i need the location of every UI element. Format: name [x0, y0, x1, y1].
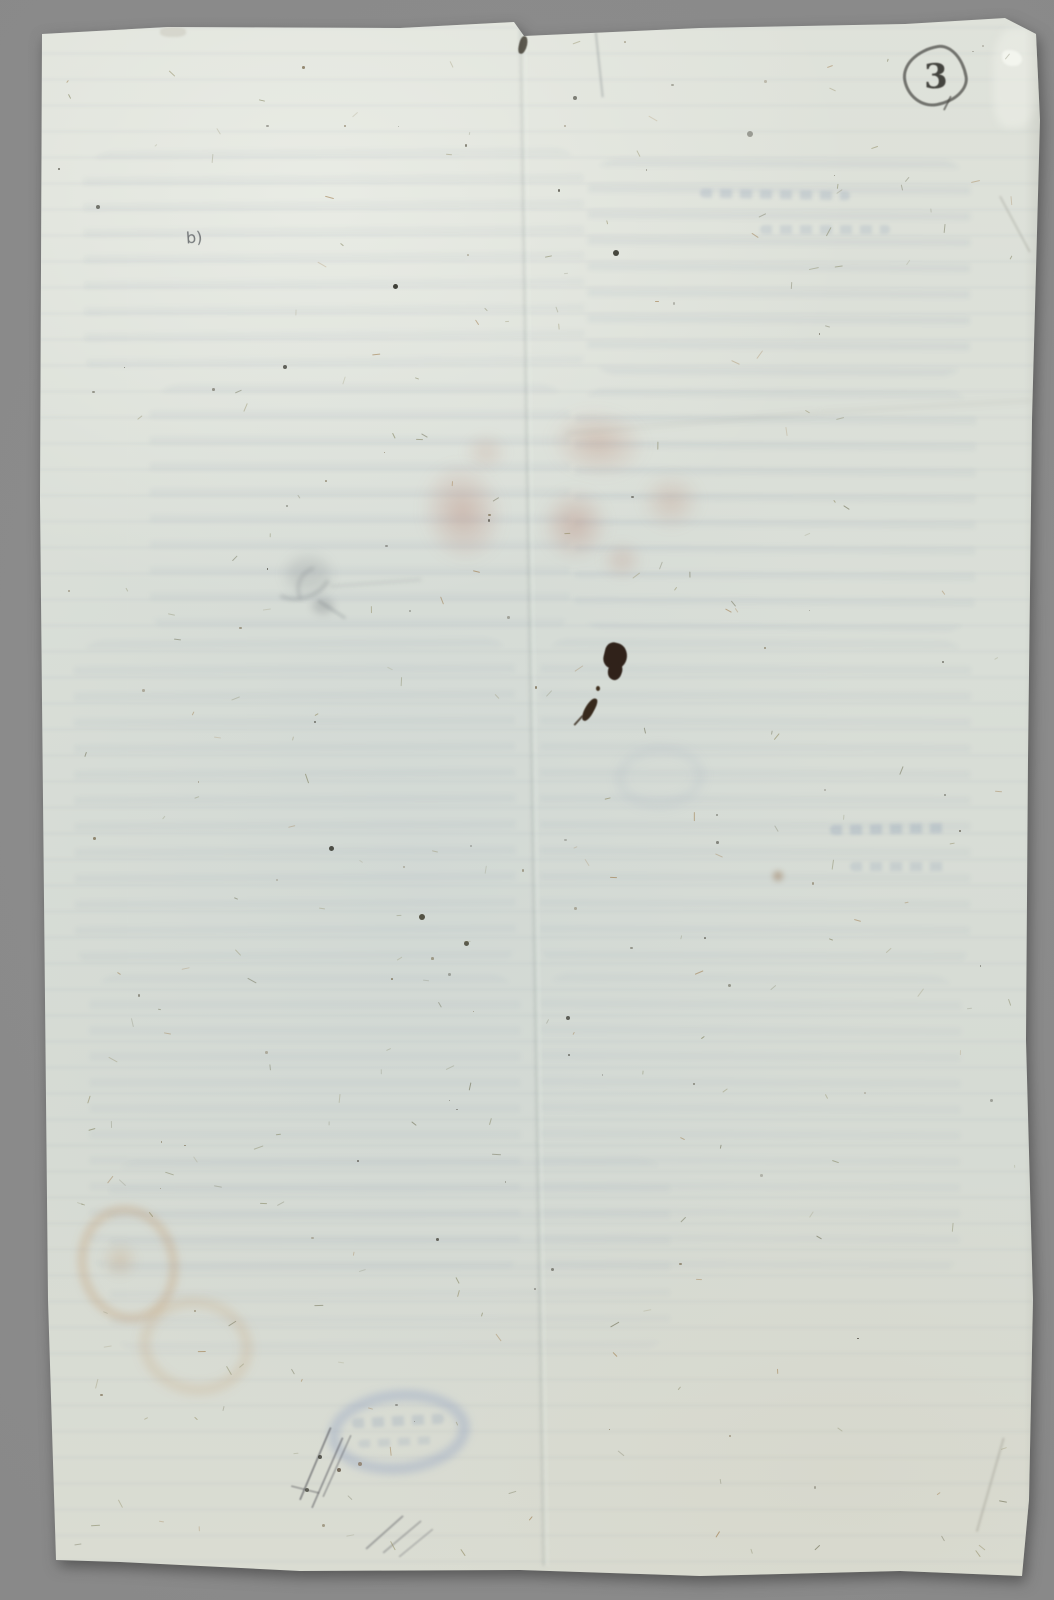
paper-fiber	[84, 752, 87, 757]
paper-fiber	[655, 301, 659, 302]
paper-fiber	[508, 1491, 516, 1494]
paper-fiber	[751, 1549, 754, 1554]
paper-grain-dot	[431, 957, 434, 960]
paper-grain-dot	[624, 41, 626, 43]
paper-fiber	[432, 850, 439, 852]
paper-fiber	[88, 1128, 95, 1131]
paper-fiber	[103, 1311, 108, 1314]
paper-grain-dot	[505, 1181, 506, 1182]
paper-grain-dot	[398, 126, 399, 127]
horizontal-crease	[565, 411, 820, 435]
paper-fiber	[440, 597, 444, 605]
paper-grain-dot	[824, 789, 826, 791]
paper-fiber	[722, 1088, 728, 1092]
paper-fiber	[74, 1544, 82, 1546]
paper-fiber	[446, 153, 452, 155]
paper-fiber	[791, 282, 792, 289]
paper-grain-dot	[194, 1310, 196, 1312]
paper-fiber	[715, 1531, 720, 1538]
paper-fiber	[481, 1312, 483, 1316]
red-stain	[410, 452, 515, 572]
paper-fiber	[837, 184, 839, 189]
bleed-band	[539, 639, 970, 970]
red-stain	[545, 403, 652, 483]
paper-grain-dot	[124, 367, 125, 368]
paper-fiber	[473, 571, 480, 573]
ink-blot	[601, 641, 630, 672]
paper-fiber	[96, 1379, 99, 1389]
paper-fiber	[359, 1269, 366, 1272]
edge-crease	[999, 196, 1030, 253]
paper-fiber	[485, 308, 488, 312]
paper-fiber	[605, 797, 611, 799]
paper-grain-dot	[473, 1011, 474, 1012]
pencil-scribble	[398, 1528, 433, 1558]
paper-fiber	[234, 897, 238, 900]
paper-fiber	[338, 1094, 340, 1103]
paper-fiber	[642, 1310, 650, 1313]
paper-grain-dot	[982, 45, 984, 47]
speck-dot	[747, 131, 753, 137]
paper-fiber	[111, 1122, 112, 1129]
paper-fiber	[680, 1137, 685, 1140]
paper-fiber	[77, 1202, 83, 1205]
paper-fiber	[231, 555, 237, 561]
paper-fiber	[496, 1334, 502, 1342]
paper-fiber	[674, 587, 677, 590]
paper-fiber	[564, 533, 570, 534]
paper-fiber	[91, 1524, 100, 1525]
speck-dot	[393, 284, 398, 289]
paper-grain-dot	[716, 814, 718, 816]
paper-grain-dot	[488, 519, 490, 521]
paper-grain-dot	[679, 1263, 681, 1265]
paper-fiber	[117, 971, 121, 974]
paper-fiber	[680, 935, 682, 939]
paper-fiber	[844, 505, 850, 510]
pencil-scribble	[365, 1515, 403, 1550]
paper-fiber	[372, 354, 380, 356]
paper-grain-dot	[344, 125, 346, 127]
paper-fiber	[633, 572, 641, 578]
paper-fiber	[771, 985, 777, 990]
paper-fiber	[937, 1492, 940, 1495]
red-stain	[600, 540, 644, 580]
speck-dot	[613, 250, 619, 256]
bleed-text-fragment	[830, 823, 950, 835]
paper-grain-dot	[980, 965, 981, 966]
paper-fiber	[154, 144, 157, 147]
paper-fiber	[494, 694, 499, 699]
paper-fiber	[960, 1050, 961, 1055]
paper-grain-dot	[138, 994, 140, 996]
paper-grain-dot	[58, 168, 60, 170]
paper-fiber	[214, 1185, 222, 1188]
paper-fiber	[165, 1172, 173, 1176]
ink-tail	[573, 715, 583, 726]
paper-fiber	[731, 601, 736, 607]
dog-ear-highlight	[993, 28, 1041, 128]
paper-fiber	[678, 1387, 682, 1391]
paper-grain-dot	[814, 1486, 816, 1488]
paper-fiber	[235, 390, 242, 394]
paper-grain-dot	[809, 610, 810, 611]
paper-fiber	[804, 533, 810, 536]
paper-fiber	[546, 1019, 549, 1024]
paper-fiber	[449, 61, 453, 68]
paper-fiber	[701, 1036, 705, 1039]
paper-fiber	[216, 128, 221, 135]
paper-grain-dot	[729, 1435, 731, 1437]
paper-fiber	[854, 919, 861, 922]
paper-fiber	[941, 1536, 945, 1542]
paper-fiber	[837, 189, 843, 194]
paper-grain-dot	[834, 175, 835, 176]
paper-fiber	[144, 1417, 148, 1420]
paper-fiber	[492, 497, 499, 502]
bleed-band	[539, 974, 961, 1276]
paper-fiber	[342, 376, 345, 384]
paper-fiber	[228, 1320, 236, 1326]
paper-grain-dot	[646, 169, 648, 171]
speck-dot	[283, 365, 287, 369]
pencil-scribble	[311, 1437, 344, 1509]
paper-fiber	[1008, 999, 1011, 1006]
paper-grain-dot	[391, 978, 393, 980]
paper-fiber	[222, 1406, 224, 1411]
paper-grain-dot	[100, 1394, 102, 1396]
paper-fiber	[694, 812, 695, 821]
paper-fiber	[826, 227, 831, 236]
orange-stamp-blot	[100, 1240, 140, 1280]
paper-grain-dot	[265, 1051, 268, 1054]
paper-fiber	[400, 677, 401, 686]
page-number: 3	[924, 57, 948, 97]
paper-fiber	[457, 1290, 460, 1297]
paper-fiber	[489, 1118, 492, 1125]
paper-grain-dot	[959, 830, 961, 832]
bleed-band	[110, 1159, 671, 1351]
paper-fiber	[270, 533, 271, 537]
paper-grain-dot	[812, 882, 814, 884]
pencil-flourish-arc	[288, 556, 366, 629]
paper-fiber	[976, 1550, 981, 1557]
paper-grain-dot	[972, 51, 973, 52]
paper-fiber	[81, 1203, 85, 1205]
paper-fiber	[971, 180, 980, 183]
fold-crease-highlight	[523, 28, 548, 1566]
pencil-flourish-arc	[254, 528, 342, 609]
paper-fiber	[558, 324, 560, 330]
paper-fiber	[725, 608, 731, 612]
paper-fiber	[319, 907, 325, 909]
paper-grain-dot	[630, 947, 633, 950]
speck-dot	[96, 205, 100, 209]
paper-fiber	[829, 939, 833, 941]
paper-fiber	[734, 608, 738, 613]
paper-grain-dot	[414, 1421, 416, 1423]
paper-fiber	[131, 1019, 134, 1028]
paper-grain-dot	[286, 505, 287, 506]
paper-fiber	[119, 1180, 126, 1187]
foxing-spot	[770, 868, 786, 884]
paper-fiber	[87, 1096, 90, 1104]
paper-fiber	[240, 1363, 245, 1367]
paper-grain-dot	[693, 1083, 694, 1084]
paper-fiber	[546, 690, 552, 697]
paper-fiber	[359, 860, 363, 863]
paper-fiber	[843, 814, 844, 820]
paper-fiber	[305, 774, 309, 784]
bleed-text-fragment	[352, 1414, 444, 1429]
paper-fiber	[422, 980, 428, 982]
paper-grain-dot	[385, 545, 387, 547]
paper-fiber	[585, 859, 590, 866]
red-stain	[640, 472, 702, 530]
paper-grain-dot	[819, 333, 821, 335]
paper-fiber	[158, 1008, 162, 1010]
paper-fiber	[917, 989, 924, 997]
paper-fiber	[720, 1479, 722, 1484]
paper-grain-dot	[409, 610, 411, 612]
paper-fiber	[785, 426, 787, 435]
paper-fiber	[386, 1048, 391, 1051]
paper-grain-dot	[395, 1404, 398, 1407]
paper-fiber	[353, 1252, 355, 1256]
paper-fiber	[906, 260, 910, 266]
paper-grain-dot	[631, 496, 634, 499]
paper-fiber	[397, 957, 402, 961]
paper-fiber	[485, 865, 487, 873]
paper-fiber	[475, 320, 479, 326]
speck-dot	[305, 1488, 309, 1492]
paper-grain-dot	[942, 661, 944, 663]
paper-fiber	[885, 948, 891, 954]
paper-shadow: 3 b)	[0, 0, 1054, 1600]
paper-fiber	[731, 360, 740, 365]
paper-fiber	[777, 1369, 778, 1374]
paper-fiber	[66, 80, 69, 83]
paper-fiber	[300, 1379, 302, 1383]
paper-fiber	[815, 1545, 821, 1550]
paper-grain-dot	[198, 781, 200, 783]
paper-fiber	[392, 432, 395, 437]
paper-fiber	[468, 132, 470, 135]
paper-fiber	[68, 94, 71, 99]
ink-blot	[580, 696, 600, 722]
paper-fiber	[325, 196, 334, 199]
paper-fiber	[192, 712, 195, 716]
paper-grain-dot	[864, 1092, 866, 1094]
paper-fiber	[942, 590, 946, 594]
bleed-band	[574, 389, 976, 632]
bleed-text-fragment	[700, 189, 850, 201]
paper-fiber	[182, 968, 190, 971]
paper-fiber	[164, 1032, 172, 1034]
paper-fiber	[295, 309, 296, 315]
paper-fiber	[381, 1069, 382, 1074]
paper-fiber	[318, 262, 327, 268]
paper-grain-dot	[534, 1288, 536, 1290]
paper-fiber	[943, 224, 945, 233]
paper-fiber	[829, 88, 836, 92]
paper-fiber	[109, 1056, 118, 1062]
paper-fiber	[695, 970, 703, 974]
horizontal-crease	[820, 399, 1032, 414]
paper-fiber	[338, 1361, 344, 1363]
paper-fiber	[967, 1008, 972, 1010]
paper-grain-dot	[212, 388, 215, 391]
paper-fiber	[978, 1544, 985, 1550]
archivist-mark: b)	[185, 227, 203, 247]
paper-grain-dot	[467, 254, 469, 256]
bleed-band	[74, 639, 516, 971]
paper-fiber	[107, 1176, 113, 1183]
paper-fiber	[492, 1153, 501, 1154]
paper-grain-dot	[302, 66, 305, 69]
paper-grain-dot	[704, 937, 706, 939]
small-crease	[595, 32, 603, 98]
paper-grain-dot	[488, 514, 491, 517]
ink-dot	[596, 686, 600, 691]
paper-fiber	[771, 731, 773, 735]
paper-fiber	[370, 606, 371, 613]
edge-nick	[160, 27, 186, 37]
bleed-band	[587, 159, 970, 376]
paper-fiber	[950, 842, 955, 844]
paper-fiber	[118, 1499, 123, 1507]
pencil-flourish-line	[330, 578, 422, 587]
paper-fiber	[126, 588, 129, 592]
paper-grain-dot	[266, 125, 268, 127]
paper-grain-dot	[436, 1238, 439, 1241]
bleed-text-fragment	[760, 225, 890, 234]
paper-grain-dot	[760, 1174, 763, 1177]
paper-fiber	[456, 1277, 460, 1284]
orange-stamp-ring	[133, 1289, 260, 1403]
paper-fiber	[575, 666, 584, 672]
paper-fiber	[1014, 1165, 1015, 1168]
paper-fiber	[254, 1146, 263, 1150]
paper-fiber	[573, 847, 578, 850]
paper-fiber	[995, 790, 1003, 792]
paper-fiber	[168, 613, 175, 615]
paper-fiber	[572, 1032, 574, 1035]
paper-grain-dot	[716, 841, 719, 844]
paper-fiber	[292, 1453, 298, 1454]
paper-grain-dot	[671, 84, 674, 87]
paper-fiber	[659, 562, 663, 570]
paper-fiber	[235, 950, 241, 956]
speck-dot	[464, 941, 469, 946]
paper-grain-dot	[522, 869, 524, 871]
paper-fiber	[825, 1094, 828, 1099]
paper-fiber	[644, 727, 646, 733]
paper-fiber	[528, 1516, 532, 1521]
paper-fiber	[775, 826, 779, 832]
paper-fiber	[994, 656, 998, 659]
paper-fiber	[452, 481, 453, 486]
paper-fiber	[163, 816, 166, 820]
paper-fiber	[834, 500, 837, 503]
paper-fiber	[758, 213, 766, 218]
red-stain	[540, 487, 610, 562]
pencil-flourish-tail	[317, 599, 346, 619]
bleed-band	[83, 148, 585, 381]
speck-dot	[329, 846, 334, 851]
paper-fiber	[169, 70, 175, 76]
paper-fiber	[149, 1212, 154, 1217]
paper-fiber	[556, 306, 559, 312]
paper-fiber	[695, 1279, 701, 1280]
paper-fiber	[259, 99, 265, 101]
paper-grain-dot	[568, 1054, 570, 1056]
paper-fiber	[194, 1417, 198, 1421]
paper-fiber	[816, 1236, 822, 1240]
paper-fiber	[438, 1002, 442, 1007]
paper-fiber	[340, 243, 343, 246]
pencil-scribble	[291, 1485, 319, 1494]
paper-fiber	[837, 1427, 842, 1431]
paper-grain-dot	[68, 590, 70, 592]
paper-fiber	[951, 1223, 953, 1232]
paper-grain-dot	[558, 189, 560, 191]
ink-blot	[605, 660, 624, 682]
paper-fiber	[422, 433, 428, 437]
pencil-scribble	[299, 1427, 332, 1501]
paper-fiber	[610, 1322, 619, 1328]
paper-fiber	[689, 572, 690, 578]
paper-fiber	[464, 940, 471, 941]
paper-fiber	[900, 766, 904, 775]
paper-fiber	[751, 233, 759, 238]
paper-grain-dot	[551, 1268, 554, 1271]
paper-fiber	[606, 220, 608, 225]
paper-fiber	[269, 1064, 271, 1070]
paper-fiber	[396, 915, 401, 916]
paper-fiber	[886, 58, 888, 62]
paper-grain-dot	[764, 80, 767, 83]
paper-fiber	[905, 176, 910, 181]
paper-fiber	[137, 416, 142, 420]
bleed-seal-ring	[614, 743, 706, 811]
paper-fiber	[277, 1201, 284, 1206]
paper-fiber	[681, 1217, 686, 1222]
paper-grain-dot	[602, 1074, 604, 1076]
speck-dot	[337, 1468, 341, 1472]
paper-fiber	[809, 266, 819, 269]
speck-dot	[318, 1455, 322, 1459]
paper-grain-dot	[507, 616, 510, 619]
paper-fiber	[297, 494, 300, 497]
paper-fiber	[159, 1521, 164, 1523]
paper-fiber	[774, 733, 780, 740]
paper-fiber	[276, 1134, 281, 1136]
paper-fiber	[469, 1083, 472, 1091]
paper-fiber	[827, 65, 833, 68]
paper-grain-dot	[322, 1524, 325, 1527]
paper-fiber	[1005, 53, 1010, 59]
paper-fiber	[328, 1121, 329, 1125]
paper-fiber	[291, 1369, 295, 1374]
paper-grain-dot	[239, 627, 242, 630]
paper-grain-dot	[470, 845, 472, 847]
paper-grain-dot	[764, 647, 766, 649]
paper-fiber	[460, 1549, 465, 1556]
paper-fiber	[832, 1160, 839, 1163]
paper-fiber	[248, 978, 257, 984]
paper-grain-dot	[673, 302, 676, 305]
